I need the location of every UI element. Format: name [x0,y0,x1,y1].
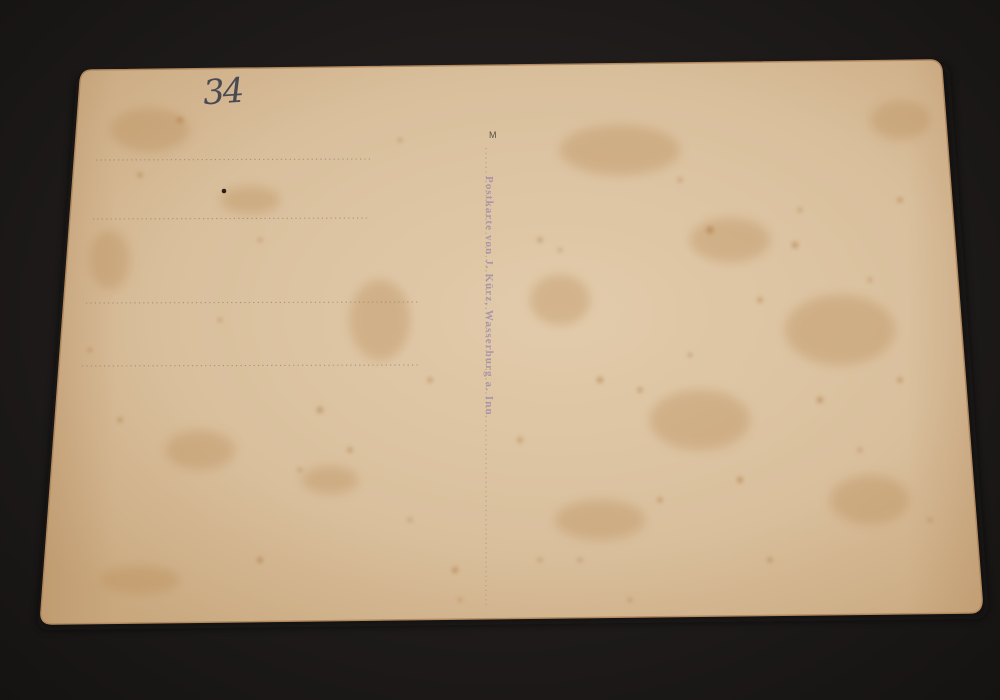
postcard-back [0,0,1000,700]
publisher-imprint: Postkarte von J. Kürz, Wasserburg a. Inn [483,176,495,496]
postcard: 34 M Postkarte von J. Kürz, Wasserburg a… [0,0,1000,700]
top-mark: M [489,130,497,140]
pin-hole [222,189,227,194]
pencil-number: 34 [202,71,244,114]
